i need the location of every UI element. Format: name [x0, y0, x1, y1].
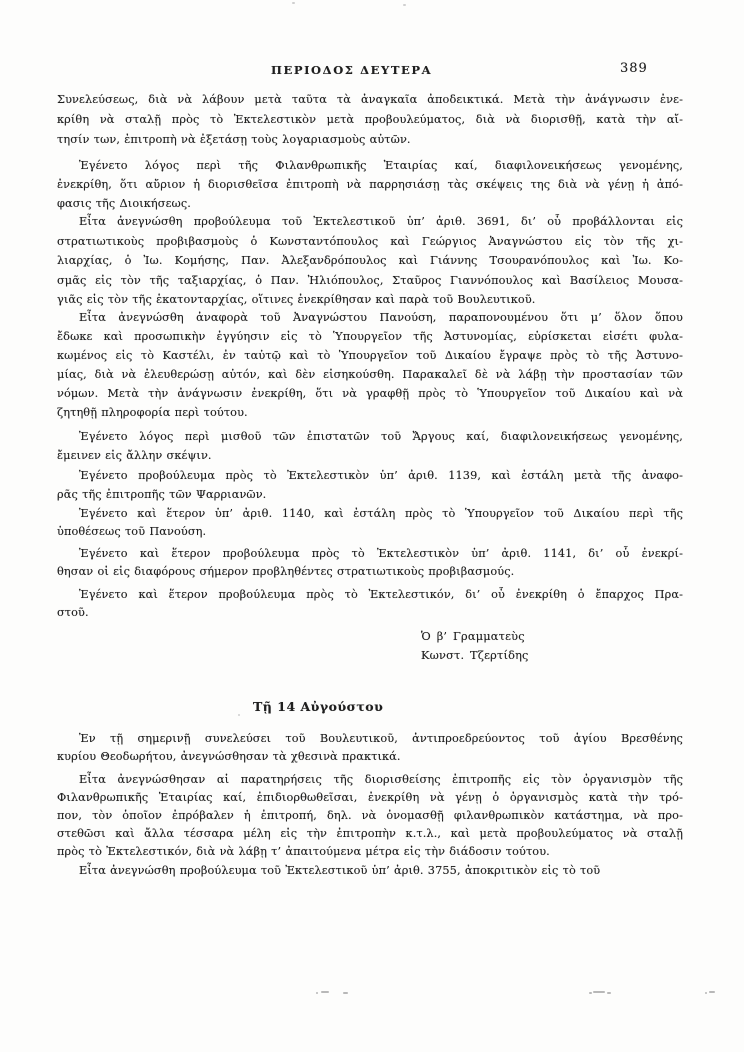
- text-line: πρὸς τὸ Ἐκτελεστικόν, διὰ νὰ λάβῃ τ’ ἀπα…: [57, 843, 683, 861]
- paragraph: Ἐγένετο λόγος περὶ μισθοῦ τῶν ἐπιστατῶν …: [57, 427, 683, 465]
- scan-artifact: [709, 991, 715, 993]
- text-line: στρατιωτικοὺς προβιβασμοὺς ὁ Κωνσταντόπο…: [57, 232, 683, 252]
- text-line: πον, τὸν ὁποῖον ἐπρόβαλεν ἡ ἐπιτροπή, δη…: [57, 807, 683, 825]
- text-line: στεθῶσι καὶ ἄλλα τέσσαρα μέλη εἰς τὴν ἐπ…: [57, 825, 683, 843]
- text-line: Ἐγένετο καὶ ἕτερον ὑπ’ ἀριθ. 1140, καὶ ἐ…: [57, 505, 683, 523]
- paragraph: Ἐγένετο λόγος περὶ τῆς Φιλανθρωπικῆς Ἑτα…: [57, 156, 683, 213]
- signature-role: Ὁ β’ Γραμματεὺς: [421, 627, 529, 646]
- text-line: ὑποθέσεως τοῦ Πανούση.: [57, 523, 683, 541]
- text-line: Ἐγένετο καὶ ἕτερον προβούλευμα πρὸς τὸ Ἐ…: [57, 545, 683, 563]
- paragraph: Εἶτα ἀνεγνώσθη προβούλευμα τοῦ Ἐκτελεστι…: [57, 862, 683, 880]
- text-line: Ἐγένετο λόγος περὶ τῆς Φιλανθρωπικῆς Ἑτα…: [57, 156, 683, 175]
- scan-artifact: [238, 714, 240, 716]
- text-line: νόμων. Μετὰ τὴν ἀνάγνωσιν ἐνεκρίθη, ὅτι …: [57, 384, 683, 403]
- scan-artifact: [292, 2, 295, 4]
- scan-artifact: [316, 992, 318, 994]
- text-line: κωμένος εἰς τὸ Καστέλι, ἐν ταὐτῷ καὶ τὸ …: [57, 346, 683, 365]
- text-line: Ἐν τῇ σημερινῇ συνελεύσει τοῦ Βουλευτικο…: [57, 730, 683, 748]
- text-line: μίας, διὰ νὰ ἐλευθερώσῃ αὐτόν, καὶ δὲν ε…: [57, 365, 683, 384]
- text-line: ἔδωκε καὶ προσωπικὴν ἐγγύησιν εἰς τὸ Ὑπο…: [57, 327, 683, 346]
- text-line: κρίθη νὰ σταλῇ πρὸς τὸ Ἐκτελεστικὸν μετὰ…: [57, 110, 683, 130]
- paragraph: Ἐγένετο καὶ ἕτερον ὑπ’ ἀριθ. 1140, καὶ ἐ…: [57, 505, 683, 541]
- scanned-book-page: ΠΕΡΙΟΔΟΣ ΔΕΥΤΕΡΑ 389 Συνελεύσεως, διὰ νὰ…: [0, 0, 744, 1052]
- text-line: ζητηθῇ πληροφορία περὶ τούτου.: [57, 403, 683, 422]
- paragraph: Ἐγένετο προβούλευμα πρὸς τὸ Ἐκτελεστικὸν…: [57, 466, 683, 504]
- text-line: ρᾶς τῆς ἐπιτροπῆς τῶν Ψαρριανῶν.: [57, 485, 683, 504]
- scan-artifact: [607, 992, 611, 994]
- text-line: λιαρχίας, ὁ Ἰω. Κομήσης, Παν. Ἀλεξανδρόπ…: [57, 251, 683, 271]
- running-header-title: ΠΕΡΙΟΔΟΣ ΔΕΥΤΕΡΑ: [271, 63, 432, 77]
- text-line: ἐνεκρίθη, ὅτι αὔριον ἡ διορισθεῖσα ἐπιτρ…: [57, 175, 683, 194]
- page-number: 389: [620, 61, 648, 76]
- paragraph: Συνελεύσεως, διὰ νὰ λάβουν μετὰ ταῦτα τὰ…: [57, 90, 683, 150]
- running-header: ΠΕΡΙΟΔΟΣ ΔΕΥΤΕΡΑ 389: [0, 0, 744, 84]
- text-line: τησίν των, ἐπιτροπὴ νὰ ἐξετάσῃ τοὺς λογα…: [57, 130, 683, 150]
- text-line: θησαν οἱ εἰς διαφόρους σήμερον προβληθέν…: [57, 563, 683, 581]
- scan-artifact: [343, 992, 348, 994]
- text-line: σμᾶς εἰς τὸν τῆς ταξιαρχίας, ὁ Παν. Ἠλιό…: [57, 271, 683, 291]
- paragraph: Ἐγένετο καὶ ἕτερον προβούλευμα πρὸς τὸ Ἐ…: [57, 545, 683, 581]
- text-line: Εἶτα ἀνεγνώσθησαν αἱ παρατηρήσεις τῆς δι…: [57, 771, 683, 789]
- session-date-heading: Τῇ 14 Αὐγούστου: [253, 699, 383, 714]
- scan-artifact: [589, 992, 592, 994]
- scan-artifact: [593, 991, 605, 993]
- paragraph: Ἐγένετο καὶ ἕτερον προβούλευμα πρὸς τὸ Ἐ…: [57, 586, 683, 622]
- signature-block: Ὁ β’ Γραμματεὺς Κωνστ. Τζερτίδης: [421, 627, 529, 665]
- text-line: Ἐγένετο λόγος περὶ μισθοῦ τῶν ἐπιστατῶν …: [57, 427, 683, 446]
- text-line: στοῦ.: [57, 604, 683, 622]
- text-line: Εἶτα ἀνεγνώσθη προβούλευμα τοῦ Ἐκτελεστι…: [57, 862, 683, 880]
- text-line: γιᾶς εἰς τὸν τῆς ἑκατονταρχίας, οἵτινες …: [57, 290, 683, 310]
- paragraph: Εἶτα ἀνεγνώσθη προβούλευμα τοῦ Ἐκτελεστι…: [57, 212, 683, 310]
- text-line: Συνελεύσεως, διὰ νὰ λάβουν μετὰ ταῦτα τὰ…: [57, 90, 683, 110]
- scan-artifact: [321, 991, 329, 993]
- text-line: Φιλανθρωπικῆς Ἑταιρίας καί, ἐπιδιορθωθεῖ…: [57, 789, 683, 807]
- paragraph: Εἶτα ἀνεγνώσθησαν αἱ παρατηρήσεις τῆς δι…: [57, 771, 683, 861]
- text-line: Ἐγένετο καὶ ἕτερον προβούλευμα πρὸς τὸ Ἐ…: [57, 586, 683, 604]
- signature-name: Κωνστ. Τζερτίδης: [421, 646, 529, 665]
- text-line: Ἐγένετο προβούλευμα πρὸς τὸ Ἐκτελεστικὸν…: [57, 466, 683, 485]
- text-line: φασις τῆς Διοικήσεως.: [57, 194, 683, 213]
- text-line: Εἶτα ἀνεγνώσθη προβούλευμα τοῦ Ἐκτελεστι…: [57, 212, 683, 232]
- text-line: Εἶτα ἀνεγνώσθη ἀναφορὰ τοῦ Ἀναγνώστου Πα…: [57, 308, 683, 327]
- scan-artifact: [705, 992, 707, 994]
- text-line: κυρίου Θεοδωρήτου, ἀνεγνώσθησαν τὰ χθεσι…: [57, 748, 683, 766]
- paragraph: Εἶτα ἀνεγνώσθη ἀναφορὰ τοῦ Ἀναγνώστου Πα…: [57, 308, 683, 422]
- scan-artifact: [403, 4, 406, 6]
- paragraph: Ἐν τῇ σημερινῇ συνελεύσει τοῦ Βουλευτικο…: [57, 730, 683, 766]
- text-line: ἔμεινεν εἰς ἄλλην σκέψιν.: [57, 446, 683, 465]
